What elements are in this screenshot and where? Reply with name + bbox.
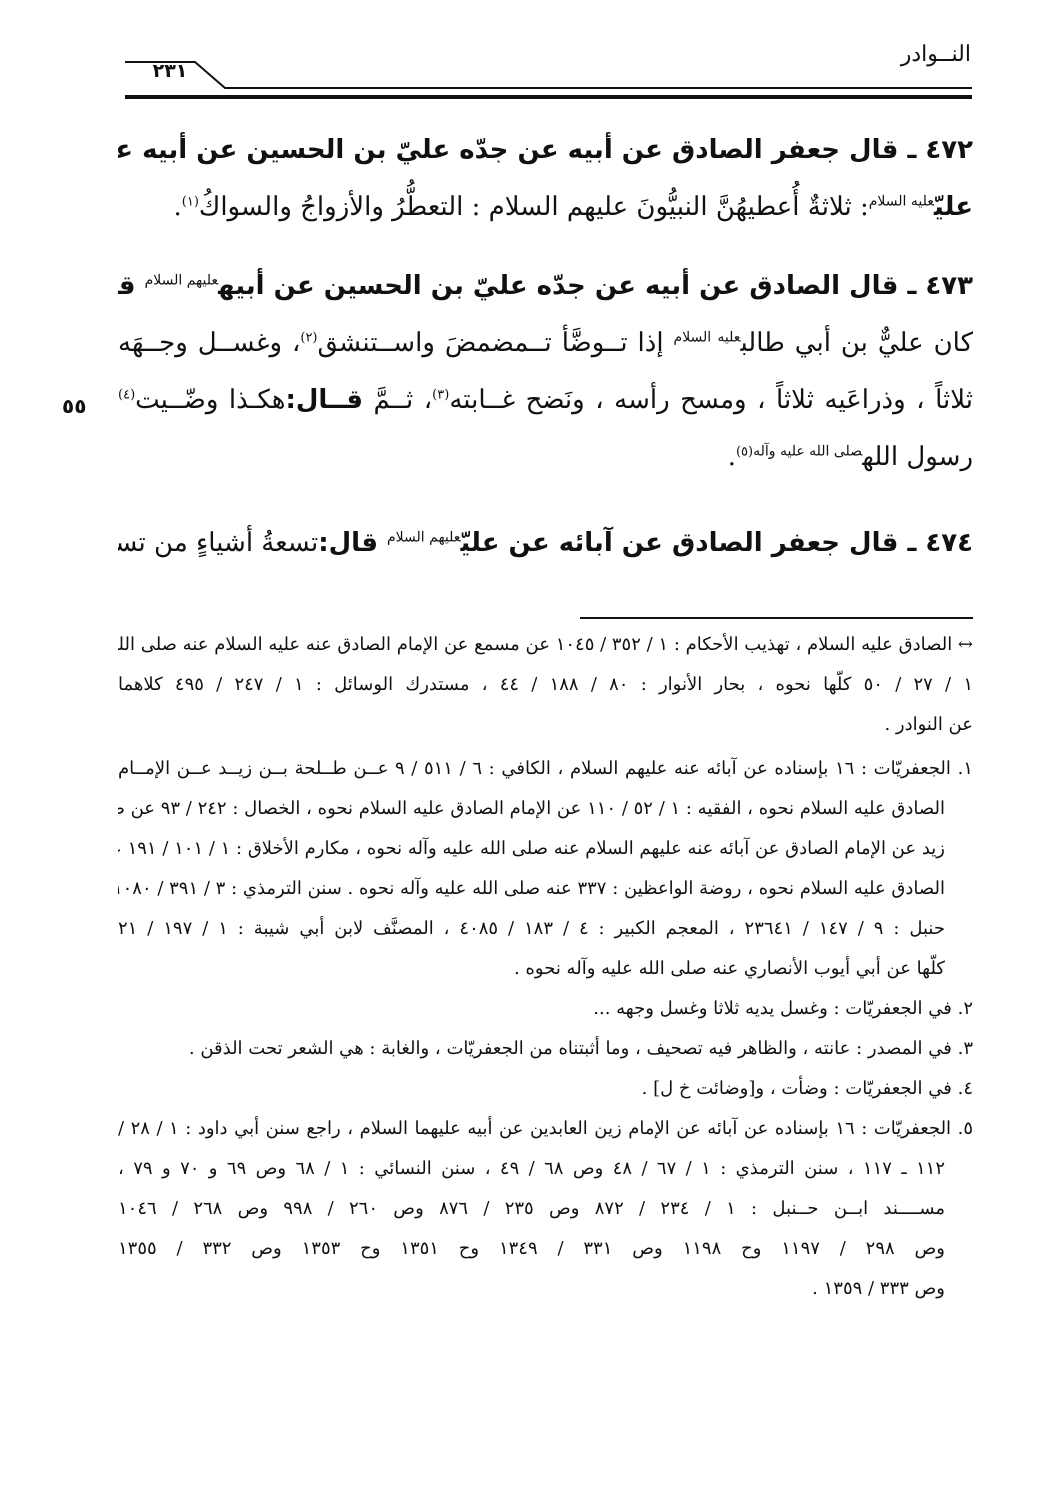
honorific-glyph: عليه السلام	[869, 193, 934, 209]
footnote-ref: (٣)	[432, 387, 449, 402]
footnote-label: ٣.	[958, 1038, 973, 1059]
footnote-1: ١. الجعفريّات : ١٦ بإسناده عن آبائه عنه …	[118, 749, 973, 989]
footnote-4: ٤. في الجعفريّات : وضأت ، و[وضائت خ ل] .	[118, 1069, 973, 1109]
margin-number: ٥٥	[62, 394, 86, 418]
footnote-line: ٣. في المصدر : عانته ، والظاهر فيه تصحيف…	[118, 1029, 973, 1069]
hadith-472: ٤٧٢ ـ قال جعفر الصادق عن أبيه عن جدّه عل…	[118, 122, 973, 236]
footnote-line: ٤. في الجعفريّات : وضأت ، و[وضائت خ ل] .	[118, 1069, 973, 1109]
hadith-473: ٤٧٣ ـ قال الصادق عن أبيه عن جدّه عليّ بن…	[118, 258, 973, 486]
footnote-2: ٢. في الجعفريّات : وغسل يديه ثلاثا وغسل …	[118, 989, 973, 1029]
footnote-ref: (٥)	[736, 444, 753, 459]
footnote-line: ٢. في الجعفريّات : وغسل يديه ثلاثا وغسل …	[118, 989, 973, 1029]
footnote-5: ٥. الجعفريّات : ١٦ بإسناده عن آبائه عن ا…	[118, 1109, 973, 1309]
footnote-3: ٣. في المصدر : عانته ، والظاهر فيه تصحيف…	[118, 1029, 973, 1069]
footnote-ref: (٢)	[300, 330, 317, 345]
hadith-line: ٤٧٣ ـ قال الصادق عن أبيه عن جدّه عليّ بن…	[118, 258, 973, 315]
hadith-line: كان عليٌّ بن أبي طالبعليه السلام إذا تــ…	[118, 315, 973, 372]
footnote-line: ١. الجعفريّات : ١٦ بإسناده عن آبائه عنه …	[118, 749, 973, 789]
honorific-glyph: صلى الله عليه وآله	[753, 443, 862, 459]
page-number: ٢٣١	[140, 60, 200, 82]
footnote-continuation: ↔ الصادق عليه السلام ، تهذيب الأحكام : ١…	[118, 625, 973, 745]
honorific-glyph: عليهم السلام	[145, 272, 219, 288]
footnote-label: ٢.	[958, 998, 973, 1019]
hadith-line: رسول اللهصلى الله عليه وآله(٥).	[118, 429, 973, 486]
running-title: النــوادر	[901, 42, 971, 67]
header-rule	[0, 0, 1041, 110]
footnote-label: ١.	[958, 758, 973, 779]
footnotes: ↔ الصادق عليه السلام ، تهذيب الأحكام : ١…	[118, 625, 973, 1309]
hadith-474: ٤٧٤ ـ قال جعفر الصادق عن آبائه عن عليّعل…	[118, 515, 973, 572]
footnote-line: ٥. الجعفريّات : ١٦ بإسناده عن آبائه عن ا…	[118, 1109, 973, 1149]
footnote-ref: (١)	[182, 194, 199, 209]
hadith-line: عليّعليه السلام: ثلاثةٌ أُعطيهُنَّ النبي…	[118, 179, 973, 236]
footnote-separator	[580, 617, 973, 619]
hadith-line: ٤٧٤ ـ قال جعفر الصادق عن آبائه عن عليّعل…	[118, 515, 973, 572]
hadith-line: ٤٧٢ ـ قال جعفر الصادق عن أبيه عن جدّه عل…	[118, 122, 973, 179]
footnote-ref: (٤)	[118, 387, 135, 402]
honorific-glyph: عليهم السلام	[387, 529, 461, 545]
book-page: النــوادر ٢٣١ ٤٧٢ ـ قال جعفر الصادق عن أ…	[0, 0, 1041, 1490]
footnote-label: ٥.	[958, 1118, 973, 1139]
honorific-glyph: عليه السلام	[674, 329, 741, 345]
footnote-label: ٤.	[958, 1078, 973, 1099]
hadith-line: ثلاثاً ، وذراعَيه ثلاثاً ، ومسح رأسه ، و…	[118, 372, 973, 429]
